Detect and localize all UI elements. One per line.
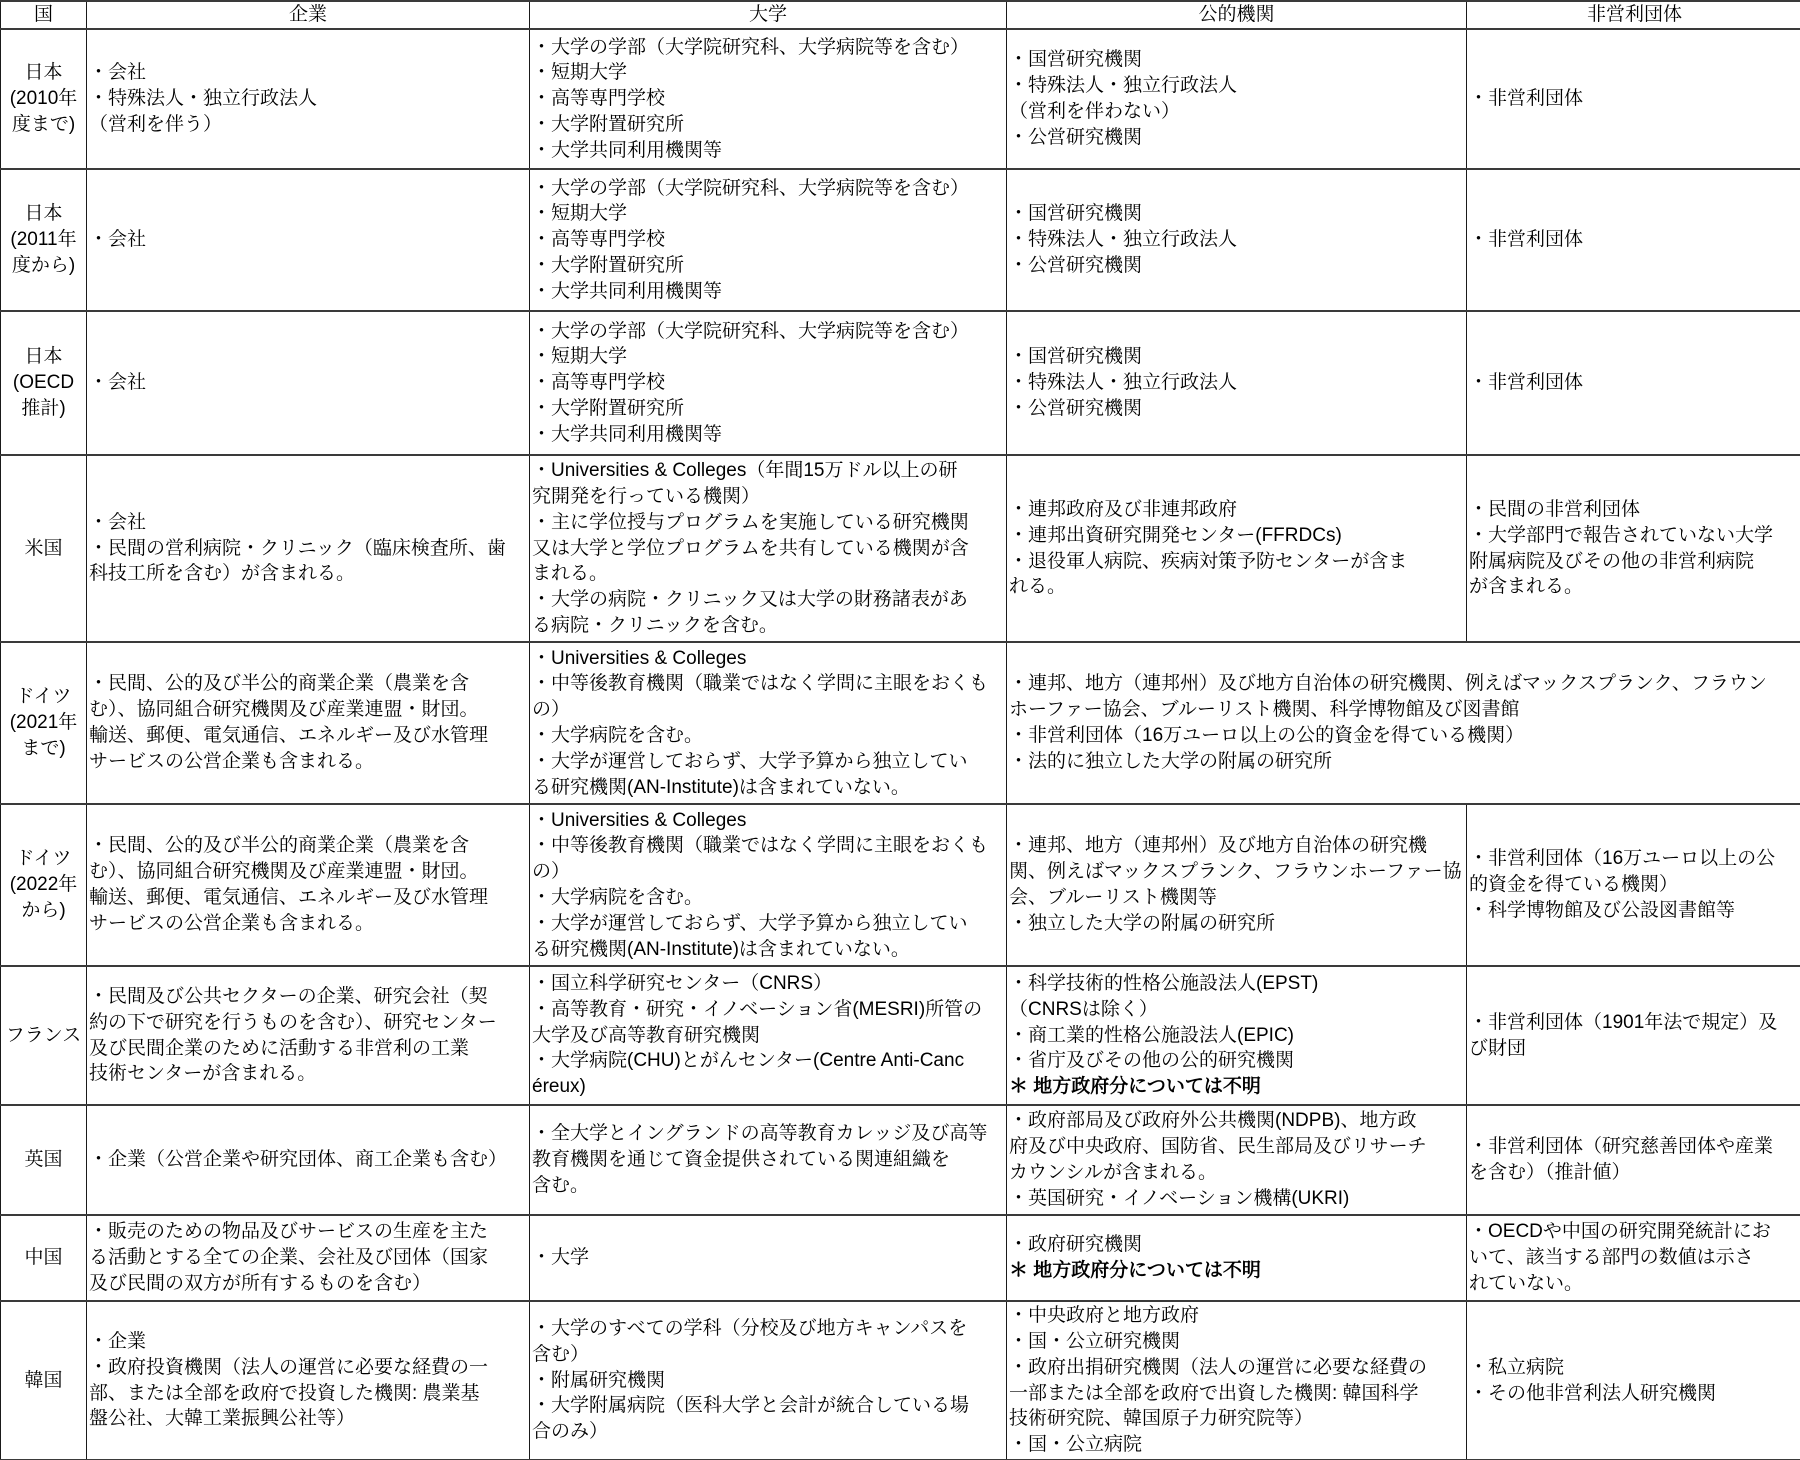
cell-line: ・国・公立病院 [1009,1432,1464,1458]
cell-line: ・国営研究機関 [1009,344,1464,370]
cell-line: サービスの公営企業も含まれる。 [89,749,527,775]
cell-university: ・Universities & Colleges（年間15万ドル以上の研 究開発… [530,455,1007,642]
cell-line: 会、ブルーリスト機関等 [1009,885,1464,911]
cell-nonprofit: ・非営利団体 [1467,311,1800,455]
country-line: フランス [1,1023,86,1049]
cell-nonprofit: ・非営利団体 [1467,169,1800,311]
cell-line: む）、協同組合研究機関及び産業連盟・財団。 [89,859,527,885]
cell-line: ・短期大学 [532,201,1004,227]
cell-line: ・連邦出資研究開発センター(FFRDCs) [1009,523,1464,549]
cell-line: び財団 [1469,1036,1800,1062]
cell-business: ・企業 ・政府投資機関（法人の運営に必要な経費の一 部、または全部を政府で投資し… [87,1301,530,1460]
cell-line: ・会社 [89,60,527,86]
cell-line: が含まれる。 [1469,574,1800,600]
cell-nonprofit: ・民間の非営利団体 ・大学部門で報告されていない大学 附属病院及びその他の非営利… [1467,455,1800,642]
cell-line: ・連邦、地方（連邦州）及び地方自治体の研究機関、例えばマックスプランク、フラウン [1009,671,1800,697]
cell-line: ・販売のための物品及びサービスの生産を主た [89,1219,527,1245]
table-row-japan-2010: 日本 (2010年 度まで) ・会社 ・特殊法人・独立行政法人 （営利を伴う） … [1,29,1800,169]
cell-line: ・政府部局及び政府外公共機関(NDPB)、地方政 [1009,1108,1464,1134]
cell-line: 輸送、郵便、電気通信、エネルギー及び水管理 [89,723,527,749]
cell-business: ・民間、公的及び半公的商業企業（農業を含 む）、協同組合研究機関及び産業連盟・財… [87,804,530,966]
cell-line: ・民間及び公共セクターの企業、研究会社（契 [89,984,527,1010]
cell-line: ・公営研究機関 [1009,253,1464,279]
cell-business: ・会社 [87,311,530,455]
cell-business: ・会社 ・民間の営利病院・クリニック（臨床検査所、歯 科技工所を含む）が含まれる… [87,455,530,642]
cell-country: 日本 (2011年 度から) [1,169,87,311]
table-row-france: フランス ・民間及び公共セクターの企業、研究会社（契 約の下で研究を行うものを含… [1,966,1800,1105]
header-country: 国 [1,1,87,29]
cell-line: éreux) [532,1074,1004,1100]
cell-line: ・全大学とイングランドの高等教育カレッジ及び高等 [532,1121,1004,1147]
cell-line: ・附属研究機関 [532,1368,1004,1394]
cell-business: ・企業（公営企業や研究団体、商工企業も含む） [87,1105,530,1215]
cell-nonprofit: ・非営利団体（16万ユーロ以上の公 的資金を得ている機関） ・科学博物館及び公設… [1467,804,1800,966]
table-row-japan-2011: 日本 (2011年 度から) ・会社 ・大学の学部（大学院研究科、大学病院等を含… [1,169,1800,311]
cell-line: る研究機関(AN-Institute)は含まれていない。 [532,937,1004,963]
table-row-japan-oecd: 日本 (OECD 推計) ・会社 ・大学の学部（大学院研究科、大学病院等を含む）… [1,311,1800,455]
cell-business: ・販売のための物品及びサービスの生産を主た る活動とする全ての企業、会社及び団体… [87,1215,530,1301]
cell-line: （営利を伴わない） [1009,99,1464,125]
cell-line: ・Universities & Colleges [532,808,1004,834]
table-row-korea: 韓国 ・企業 ・政府投資機関（法人の運営に必要な経費の一 部、または全部を政府で… [1,1301,1800,1460]
cell-line: ・退役軍人病院、疾病対策予防センターが含ま [1009,549,1464,575]
cell-line: 一部または全部を政府で出資した機関: 韓国科学 [1009,1381,1464,1407]
cell-line: カウンシルが含まれる。 [1009,1160,1464,1186]
cell-line: いて、該当する部門の数値は示さ [1469,1245,1800,1271]
cell-public: ・政府研究機関 ＊ 地方政府分については不明 [1007,1215,1467,1301]
country-line: 日本 [1,201,86,227]
cell-line: サービスの公営企業も含まれる。 [89,911,527,937]
cell-line: ・会社 [89,510,527,536]
header-business: 企業 [87,1,530,29]
cell-line: ・大学共同利用機関等 [532,138,1004,164]
cell-public: ・国営研究機関 ・特殊法人・独立行政法人 ・公営研究機関 [1007,311,1467,455]
cell-line: ・大学附置研究所 [532,112,1004,138]
table-row-uk: 英国 ・企業（公営企業や研究団体、商工企業も含む） ・全大学とイングランドの高等… [1,1105,1800,1215]
cell-line: ・特殊法人・独立行政法人 [1009,370,1464,396]
cell-line: ・英国研究・イノベーション機構(UKRI) [1009,1186,1464,1212]
country-line: 日本 [1,344,86,370]
cell-line: を含む）（推計値） [1469,1160,1800,1186]
cell-country: ドイツ (2021年 まで) [1,642,87,804]
cell-line: ・大学共同利用機関等 [532,422,1004,448]
cell-line: ・大学病院(CHU)とがんセンター(Centre Anti-Canc [532,1048,1004,1074]
cell-university: ・大学の学部（大学院研究科、大学病院等を含む） ・短期大学 ・高等専門学校 ・大… [530,311,1007,455]
cell-line: ・大学附置研究所 [532,396,1004,422]
cell-line: ・省庁及びその他の公的研究機関 [1009,1048,1464,1074]
cell-line: る研究機関(AN-Institute)は含まれていない。 [532,775,1004,801]
cell-line: ・非営利団体 [1469,370,1800,396]
cell-country: 日本 (2010年 度まで) [1,29,87,169]
cell-line: ・民間の営利病院・クリニック（臨床検査所、歯 [89,536,527,562]
cell-line: 教育機関を通じて資金提供されている関連組織を [532,1147,1004,1173]
cell-line: ・科学博物館及び公設図書館等 [1469,898,1800,924]
cell-public: ・国営研究機関 ・特殊法人・独立行政法人 （営利を伴わない） ・公営研究機関 [1007,29,1467,169]
cell-line: 府及び中央政府、国防省、民生部局及びリサーチ [1009,1134,1464,1160]
cell-public: ・科学技術的性格公施設法人(EPST) （CNRSは除く） ・商工業的性格公施設… [1007,966,1467,1105]
cell-line: ・企業 [89,1329,527,1355]
country-line: 韓国 [1,1368,86,1394]
country-line: まで) [1,736,86,762]
cell-nonprofit: ・私立病院 ・その他非営利法人研究機関 [1467,1301,1800,1460]
cell-line: ホーファー協会、ブルーリスト機関、科学博物館及び図書館 [1009,697,1800,723]
cell-line: ・連邦、地方（連邦州）及び地方自治体の研究機 [1009,833,1464,859]
cell-line: 及び民間の双方が所有するものを含む） [89,1271,527,1297]
country-line: 中国 [1,1245,86,1271]
cell-line: 輸送、郵便、電気通信、エネルギー及び水管理 [89,885,527,911]
cell-line: ・大学附属病院（医科大学と会計が統合している場 [532,1393,1004,1419]
cell-line: ・民間の非営利団体 [1469,497,1800,523]
cell-country: 米国 [1,455,87,642]
cell-line: ・非営利団体 [1469,227,1800,253]
cell-line: ・会社 [89,370,527,396]
cell-line: む）、協同組合研究機関及び産業連盟・財団。 [89,697,527,723]
cell-line: 又は大学と学位プログラムを共有している機関が含 [532,536,1004,562]
header-nonprofit: 非営利団体 [1467,1,1800,29]
country-line: 度から) [1,253,86,279]
cell-line: ・企業（公営企業や研究団体、商工企業も含む） [89,1147,527,1173]
cell-line: ・Universities & Colleges [532,646,1004,672]
cell-country: 韓国 [1,1301,87,1460]
cell-university: ・大学 [530,1215,1007,1301]
cell-line: （営利を伴う） [89,112,527,138]
cell-nonprofit: ・非営利団体（研究慈善団体や産業 を含む）（推計値） [1467,1105,1800,1215]
country-line: (2021年 [1,710,86,736]
cell-line: れる。 [1009,574,1464,600]
cell-line: 附属病院及びその他の非営利病院 [1469,549,1800,575]
cell-line: の） [532,859,1004,885]
cell-university: ・大学の学部（大学院研究科、大学病院等を含む） ・短期大学 ・高等専門学校 ・大… [530,169,1007,311]
cell-line: れていない。 [1469,1271,1800,1297]
cell-public: ・連邦政府及び非連邦政府 ・連邦出資研究開発センター(FFRDCs) ・退役軍人… [1007,455,1467,642]
cell-public: ・中央政府と地方政府 ・国・公立研究機関 ・政府出捐研究機関（法人の運営に必要な… [1007,1301,1467,1460]
cell-line: 科技工所を含む）が含まれる。 [89,561,527,587]
cell-line: ・大学病院を含む。 [532,885,1004,911]
table-row-usa: 米国 ・会社 ・民間の営利病院・クリニック（臨床検査所、歯 科技工所を含む）が含… [1,455,1800,642]
rd-sector-definition-table: 国 企業 大学 公的機関 非営利団体 日本 (2010年 度まで) ・会社 ・特… [0,0,1800,1460]
cell-university: ・Universities & Colleges ・中等後教育機関（職業ではなく… [530,804,1007,966]
cell-line: ・大学附置研究所 [532,253,1004,279]
cell-country: 日本 (OECD 推計) [1,311,87,455]
country-line: 推計) [1,396,86,422]
cell-line: 技術センターが含まれる。 [89,1061,527,1087]
cell-line: ・会社 [89,227,527,253]
cell-line: 約の下で研究を行うものを含む）、研究センター [89,1010,527,1036]
cell-business: ・民間及び公共セクターの企業、研究会社（契 約の下で研究を行うものを含む）、研究… [87,966,530,1105]
country-line: (2011年 [1,227,86,253]
cell-line: ・民間、公的及び半公的商業企業（農業を含 [89,833,527,859]
cell-line: ・大学部門で報告されていない大学 [1469,523,1800,549]
local-government-unknown-note: ＊ 地方政府分については不明 [1009,1074,1464,1100]
cell-line: ・高等教育・研究・イノベーション省(MESRI)所管の [532,997,1004,1023]
header-public: 公的機関 [1007,1,1467,29]
cell-line: ・大学が運営しておらず、大学予算から独立してい [532,911,1004,937]
header-university: 大学 [530,1,1007,29]
cell-line: ・大学の学部（大学院研究科、大学病院等を含む） [532,176,1004,202]
country-line: 度まで) [1,112,86,138]
cell-line: 技術研究院、韓国原子力研究院等） [1009,1406,1464,1432]
cell-line: 含む） [532,1342,1004,1368]
cell-business: ・会社 [87,169,530,311]
country-line: から) [1,898,86,924]
cell-line: ・大学のすべての学科（分校及び地方キャンパスを [532,1316,1004,1342]
cell-line: ・大学の学部（大学院研究科、大学病院等を含む） [532,319,1004,345]
cell-public-nonprofit-merged: ・連邦、地方（連邦州）及び地方自治体の研究機関、例えばマックスプランク、フラウン… [1007,642,1800,804]
cell-line: ・特殊法人・独立行政法人 [1009,227,1464,253]
header-row: 国 企業 大学 公的機関 非営利団体 [1,1,1800,29]
cell-line: ・高等専門学校 [532,86,1004,112]
local-government-unknown-note: ＊ 地方政府分については不明 [1009,1258,1464,1284]
cell-line: ・その他非営利法人研究機関 [1469,1381,1800,1407]
cell-line: ・非営利団体 [1469,86,1800,112]
cell-line: ・国営研究機関 [1009,47,1464,73]
cell-university: ・大学の学部（大学院研究科、大学病院等を含む） ・短期大学 ・高等専門学校 ・大… [530,29,1007,169]
cell-nonprofit: ・OECDや中国の研究開発統計にお いて、該当する部門の数値は示さ れていない。 [1467,1215,1800,1301]
cell-university: ・大学のすべての学科（分校及び地方キャンパスを 含む） ・附属研究機関 ・大学附… [530,1301,1007,1460]
cell-line: まれる。 [532,561,1004,587]
cell-line: ・大学病院を含む。 [532,723,1004,749]
cell-line: ・政府研究機関 [1009,1232,1464,1258]
cell-line: ・私立病院 [1469,1355,1800,1381]
cell-public: ・連邦、地方（連邦州）及び地方自治体の研究機 関、例えばマックスプランク、フラウ… [1007,804,1467,966]
cell-line: ・大学が運営しておらず、大学予算から独立してい [532,749,1004,775]
cell-line: 部、または全部を政府で投資した機関: 農業基 [89,1381,527,1407]
cell-line: ・短期大学 [532,344,1004,370]
table-row-china: 中国 ・販売のための物品及びサービスの生産を主た る活動とする全ての企業、会社及… [1,1215,1800,1301]
cell-public: ・国営研究機関 ・特殊法人・独立行政法人 ・公営研究機関 [1007,169,1467,311]
cell-line: ・短期大学 [532,60,1004,86]
cell-line: ・主に学位授与プログラムを実施している研究機関 [532,510,1004,536]
cell-nonprofit: ・非営利団体（1901年法で規定）及 び財団 [1467,966,1800,1105]
cell-line: ・中央政府と地方政府 [1009,1303,1464,1329]
country-line: 米国 [1,536,86,562]
cell-line: ・国立科学研究センター（CNRS） [532,971,1004,997]
cell-business: ・民間、公的及び半公的商業企業（農業を含 む）、協同組合研究機関及び産業連盟・財… [87,642,530,804]
cell-country: 英国 [1,1105,87,1215]
cell-line: 関、例えばマックスプランク、フラウンホーファー協 [1009,859,1464,885]
cell-line: ・独立した大学の附属の研究所 [1009,911,1464,937]
cell-line: （CNRSは除く） [1009,997,1464,1023]
cell-line: ・大学 [532,1245,1004,1271]
country-line: (2022年 [1,872,86,898]
cell-line: の） [532,697,1004,723]
cell-country: フランス [1,966,87,1105]
cell-line: ・連邦政府及び非連邦政府 [1009,497,1464,523]
cell-line: ・政府投資機関（法人の運営に必要な経費の一 [89,1355,527,1381]
country-line: 英国 [1,1147,86,1173]
cell-university: ・国立科学研究センター（CNRS） ・高等教育・研究・イノベーション省(MESR… [530,966,1007,1105]
country-line: (2010年 [1,86,86,112]
cell-business: ・会社 ・特殊法人・独立行政法人 （営利を伴う） [87,29,530,169]
cell-line: ・法的に独立した大学の附属の研究所 [1009,749,1800,775]
cell-line: 合のみ） [532,1419,1004,1445]
cell-line: ・公営研究機関 [1009,125,1464,151]
table-row-germany-2022: ドイツ (2022年 から) ・民間、公的及び半公的商業企業（農業を含 む）、協… [1,804,1800,966]
cell-line: ・中等後教育機関（職業ではなく学問に主眼をおくも [532,833,1004,859]
country-line: ドイツ [1,846,86,872]
cell-line: ・大学共同利用機関等 [532,279,1004,305]
cell-country: 中国 [1,1215,87,1301]
cell-line: 大学及び高等教育研究機関 [532,1023,1004,1049]
cell-line: ・非営利団体（研究慈善団体や産業 [1469,1134,1800,1160]
cell-line: ・大学の病院・クリニック又は大学の財務諸表があ [532,587,1004,613]
cell-line: 盤公社、大韓工業振興公社等） [89,1406,527,1432]
cell-line: ・中等後教育機関（職業ではなく学問に主眼をおくも [532,671,1004,697]
cell-line: 含む。 [532,1173,1004,1199]
cell-line: ・高等専門学校 [532,227,1004,253]
cell-line: ・高等専門学校 [532,370,1004,396]
cell-line: る病院・クリニックを含む。 [532,613,1004,639]
cell-line: ・非営利団体（1901年法で規定）及 [1469,1010,1800,1036]
cell-university: ・全大学とイングランドの高等教育カレッジ及び高等 教育機関を通じて資金提供されて… [530,1105,1007,1215]
cell-line: ・Universities & Colleges（年間15万ドル以上の研 [532,458,1004,484]
cell-line: ・非営利団体（16万ユーロ以上の公的資金を得ている機関） [1009,723,1800,749]
table-row-germany-2021: ドイツ (2021年 まで) ・民間、公的及び半公的商業企業（農業を含 む）、協… [1,642,1800,804]
cell-line: る活動とする全ての企業、会社及び団体（国家 [89,1245,527,1271]
cell-line: 及び民間企業のために活動する非営利の工業 [89,1036,527,1062]
cell-line: ・OECDや中国の研究開発統計にお [1469,1219,1800,1245]
cell-public: ・政府部局及び政府外公共機関(NDPB)、地方政 府及び中央政府、国防省、民生部… [1007,1105,1467,1215]
country-line: 日本 [1,60,86,86]
cell-line: ・政府出捐研究機関（法人の運営に必要な経費の [1009,1355,1464,1381]
cell-line: 究開発を行っている機関） [532,484,1004,510]
cell-line: ・特殊法人・独立行政法人 [1009,73,1464,99]
cell-university: ・Universities & Colleges ・中等後教育機関（職業ではなく… [530,642,1007,804]
cell-line: ・科学技術的性格公施設法人(EPST) [1009,971,1464,997]
country-line: (OECD [1,370,86,396]
cell-nonprofit: ・非営利団体 [1467,29,1800,169]
cell-line: 的資金を得ている機関） [1469,872,1800,898]
cell-line: ・民間、公的及び半公的商業企業（農業を含 [89,671,527,697]
cell-country: ドイツ (2022年 から) [1,804,87,966]
cell-line: ・特殊法人・独立行政法人 [89,86,527,112]
cell-line: ・国営研究機関 [1009,201,1464,227]
cell-line: ・商工業的性格公施設法人(EPIC) [1009,1023,1464,1049]
cell-line: ・公営研究機関 [1009,396,1464,422]
cell-line: ・非営利団体（16万ユーロ以上の公 [1469,846,1800,872]
cell-line: ・国・公立研究機関 [1009,1329,1464,1355]
country-line: ドイツ [1,684,86,710]
cell-line: ・大学の学部（大学院研究科、大学病院等を含む） [532,35,1004,61]
